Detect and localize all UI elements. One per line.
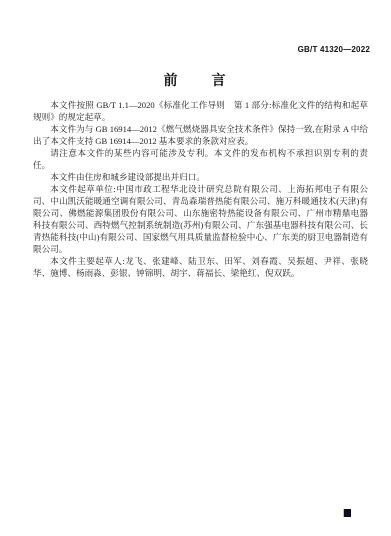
- page-title: 前 言: [0, 70, 391, 90]
- foreword-paragraph: 本文件由住房和城乡建设部提出并归口。: [33, 171, 368, 183]
- foreword-body: 本文件按照 GB/T 1.1—2020《标准化工作导则 第 1 部分:标准化文件…: [33, 99, 368, 279]
- page-end-marker: [343, 509, 351, 517]
- document-page: GB/T 41320—2022 前 言 本文件按照 GB/T 1.1—2020《…: [0, 0, 391, 536]
- foreword-paragraph: 本文件按照 GB/T 1.1—2020《标准化工作导则 第 1 部分:标准化文件…: [33, 99, 368, 123]
- foreword-paragraph: 本文件主要起草人:龙飞、张建峰、陆卫东、田军、刘春霞、吴振超、尹祥、张晓华、施博…: [33, 255, 368, 279]
- foreword-paragraph: 本文件为与 GB 16914—2012《燃气燃烧器具安全技术条件》保持一致,在附…: [33, 123, 368, 147]
- foreword-paragraph: 请注意本文件的某些内容可能涉及专利。本文件的发布机构不承担识别专利的责任。: [33, 147, 368, 171]
- standard-code: GB/T 41320—2022: [298, 45, 370, 54]
- foreword-paragraph: 本文件起草单位:中国市政工程华北设计研究总院有限公司、上海拓邦电子有限公司、中山…: [33, 183, 368, 255]
